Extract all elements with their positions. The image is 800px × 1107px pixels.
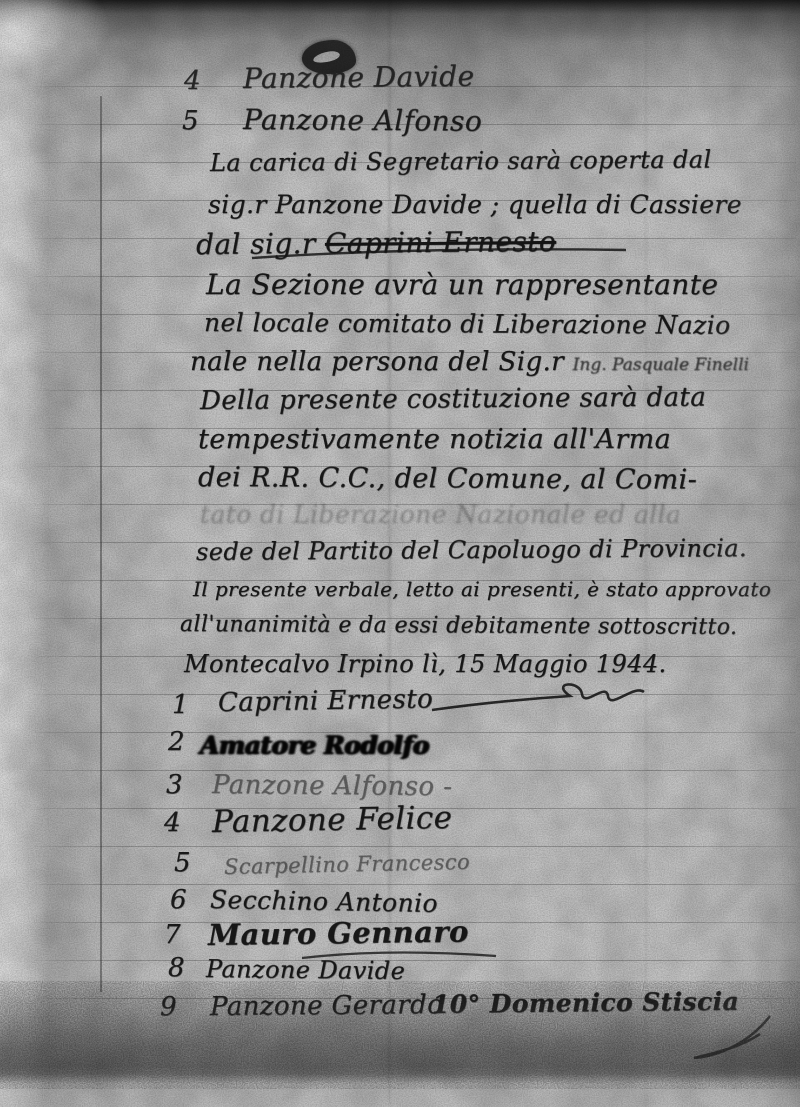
handwritten-line: nale nella persona del Sig.r Ing. Pasqua… — [190, 347, 749, 377]
signature-name: Panzone Davide — [206, 955, 405, 985]
struck-name: Caprini Ernesto — [325, 225, 556, 260]
signature-number: 9 — [160, 992, 177, 1022]
margin-rule-line — [100, 96, 102, 992]
signature-name: Panzone Alfonso - — [212, 770, 453, 802]
member-name: Panzone Alfonso — [243, 103, 482, 138]
handwritten-line: nel locale comitato di Liberazione Nazio — [204, 308, 731, 340]
signature-number: 6 — [170, 885, 187, 915]
signature-name: Domenico Stiscia — [489, 987, 739, 1019]
signature-number: 5 — [174, 848, 191, 878]
handwritten-line: sede del Partito del Capoluogo di Provin… — [196, 534, 747, 566]
signature-flourish — [430, 678, 650, 718]
signature-number: 3 — [166, 770, 183, 800]
handwritten-line: La carica di Segretario sarà coperta dal — [210, 145, 712, 177]
line-text: nale nella persona del Sig.r — [190, 347, 564, 377]
scanned-document-page: 4 Panzone Davide 5 Panzone Alfonso La ca… — [0, 0, 800, 1107]
signature-name: Caprini Ernesto — [218, 684, 434, 718]
signature-name: Secchino Antonio — [210, 885, 438, 918]
date-place-line: Montecalvo Irpino lì, 15 Maggio 1944. — [184, 650, 667, 678]
handwritten-line: tempestivamente notizia all'Arma — [198, 424, 671, 455]
signature-name: Scarpellino Francesco — [224, 850, 470, 879]
line-prefix: dal sig.r — [196, 227, 325, 261]
inserted-small-name: Ing. Pasquale Finelli — [573, 355, 749, 375]
signature-flourish — [690, 1012, 780, 1062]
handwritten-line: dei R.R. C.C., del Comune, al Comi- — [198, 462, 697, 496]
signature-number: 8 — [168, 953, 185, 983]
list-number: 4 — [184, 66, 201, 96]
signature-number: 2 — [168, 727, 185, 757]
handwritten-line: La Sezione avrà un rappresentante — [206, 268, 718, 301]
signature-number: 10° — [432, 989, 481, 1019]
handwritten-line: all'unanimità e da essi debitamente sott… — [180, 612, 738, 640]
signature-number: 4 — [164, 808, 181, 838]
handwritten-line: dal sig.r Caprini Ernesto — [196, 225, 556, 261]
handwritten-line-faded: tato di Liberazione Nazionale ed alla — [200, 500, 681, 529]
list-number: 5 — [182, 106, 199, 136]
handwritten-line: Della presente costituzione sarà data — [200, 382, 706, 416]
signature-row-10: 10° Domenico Stiscia — [432, 987, 739, 1019]
signature-name: Mauro Gennaro — [208, 914, 469, 952]
handwritten-line: sig.r Panzone Davide ; quella di Cassier… — [208, 190, 742, 219]
signature-name: Panzone Gerardo — [210, 990, 443, 1022]
signature-name-overwritten: Amatore Rodolfo — [200, 731, 429, 760]
signature-name: Panzone Felice — [212, 800, 453, 840]
signature-number: 1 — [172, 690, 189, 720]
member-name: Panzone Davide — [243, 60, 475, 95]
handwritten-line: Il presente verbale, letto ai presenti, … — [193, 577, 771, 601]
signature-number: 7 — [164, 920, 181, 950]
